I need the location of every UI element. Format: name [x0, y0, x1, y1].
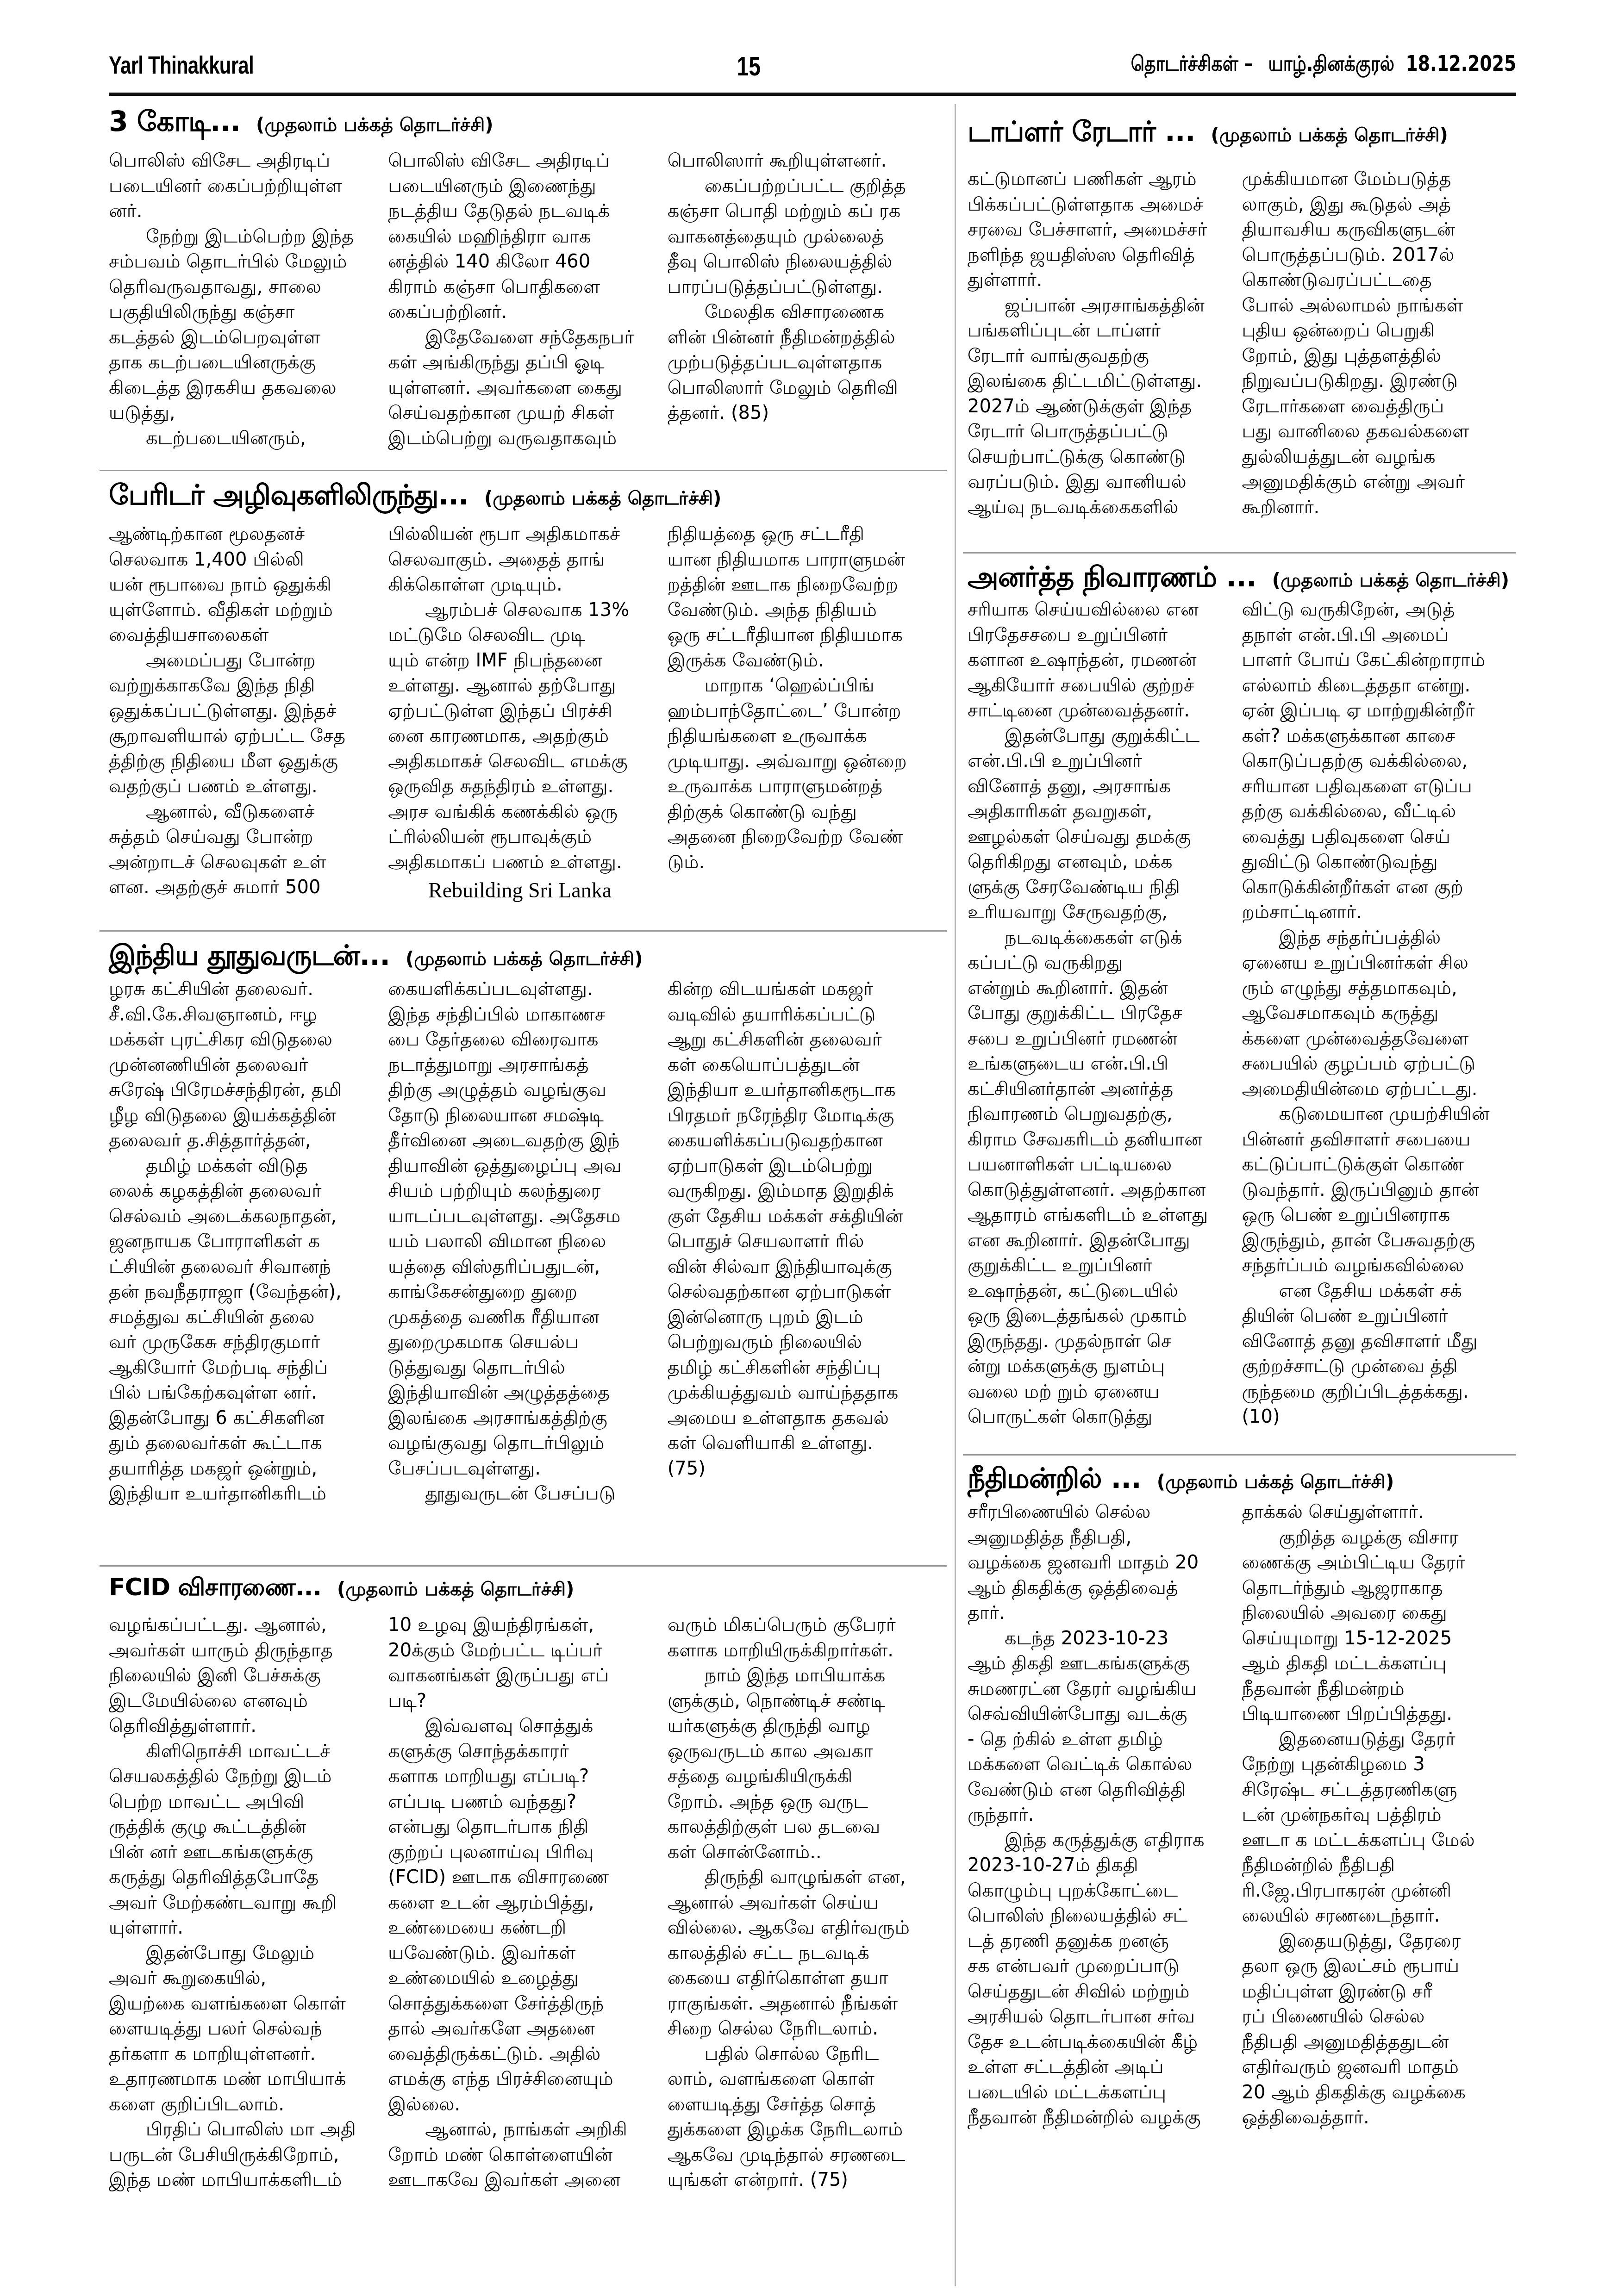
text-line: உண்மையை கண்டறி	[388, 1915, 667, 1941]
text-line: படையில் மட்டக்களப்பு	[968, 2080, 1242, 2105]
section-label: தொடர்ச்சிகள் –	[1131, 51, 1253, 76]
text-line: றோம், இது புத்தளத்தில்	[1242, 343, 1517, 369]
text-line: பாரப்படுத்தப்பட்டுள்ளது.	[668, 274, 947, 300]
text-line: கொண்டுவரப்பட்டதை	[1242, 268, 1517, 293]
text-line: பது வானிலை தகவல்களை	[1242, 419, 1517, 444]
text-line: தற்கு வக்கில்லை, வீட்டில்	[1242, 799, 1517, 824]
text-line: வழக்கை ஜனவரி மாதம் 20	[968, 1550, 1242, 1575]
text-line: கையில் மஹிந்திரா வாக	[388, 224, 667, 249]
text-line: ஹம்பாந்தோட்டை’ போன்ற	[668, 698, 947, 724]
text-column: வரும் மிகப்பெரும் குபேரர்களாக மாறியிருக்…	[668, 1612, 947, 2193]
text-line: நீதவான் நீதிமன்றில் வழக்கு	[968, 2105, 1242, 2130]
text-line: ஏற்பட்டுள்ள இந்தப் பிரச்சி	[388, 698, 667, 724]
text-column: முக்கியமான மேம்படுத்தலாகும், இது கூடுதல்…	[1242, 167, 1517, 520]
article-india-envoy: இந்திய தூதுவருடன்... (முதலாம் பக்கத் தொட…	[109, 940, 947, 1506]
article-3-kodi: 3 கோடி... (முதலாம் பக்கத் தொடர்ச்சி) பொல…	[109, 106, 947, 451]
text-line: லைக் கழகத்தின் தலைவர்	[109, 1178, 388, 1204]
text-line: அன்றாடச் செலவுகள் உள்	[109, 850, 388, 875]
text-line: அதனை நிறைவேற்ற வேண்	[668, 824, 947, 850]
text-line: திருந்தி வாழுங்கள் என,	[668, 1865, 947, 1890]
text-line: சிரேஷ்ட சட்டத்தரணிகளு	[1242, 1777, 1517, 1803]
text-line: இதன்போது மேலும்	[109, 1941, 388, 1966]
text-line: ட்ரில்லியன் ரூபாவுக்கும்	[388, 824, 667, 850]
section-divider	[100, 470, 947, 471]
text-line: அமைதியின்மை ஏற்பட்டது.	[1242, 1076, 1517, 1102]
text-line: வழங்குவது தொடர்பிலும்	[388, 1431, 667, 1456]
text-line: றோம். அந்த ஒரு வருட	[668, 1789, 947, 1815]
text-line: இதன்போது 6 கட்சிகளின	[109, 1406, 388, 1431]
text-column: சரீரபிணையில் செல்லஅனுமதித்த நீதிபதி,வழக்…	[968, 1500, 1242, 2130]
article-body: கட்டுமானப் பணிகள் ஆரம்பிக்கப்பட்டுள்ளதாக…	[968, 167, 1516, 520]
article-body: ழரசு கட்சியின் தலைவர்.சீ.வி.கே.சிவஞானம்,…	[109, 977, 947, 1506]
text-line: சந்தர்ப்பம் வழங்கவில்லை	[1242, 1253, 1517, 1278]
text-line: கொடுப்பதற்கு வக்கில்லை,	[1242, 748, 1517, 774]
text-line: வேண்டும். அந்த நிதியம்	[668, 597, 947, 623]
text-line: துவிட்டு கொண்டுவந்து	[1242, 849, 1517, 875]
text-line: கொடுத்துள்ளனர். அதற்கான	[968, 1177, 1242, 1203]
text-line: ஆகியோர் மேற்படி சந்திப்	[109, 1355, 388, 1381]
text-line: டுவந்தார். இருப்பினும் தான்	[1242, 1177, 1517, 1203]
text-line: நீதிபதி அனுமதித்ததுடன்	[1242, 2029, 1517, 2055]
text-line: திற்குக் கொண்டு வந்து	[668, 799, 947, 825]
text-line: செல்வதற்கான ஏற்பாடுகள்	[668, 1279, 947, 1305]
text-line: யத்தை விஸ்தரிப்பதுடன்,	[388, 1254, 667, 1280]
text-line: சரீரபிணையில் செல்ல	[968, 1500, 1242, 1525]
section-date-label: தொடர்ச்சிகள் – யாழ்.தினக்குரல் 18.12.202…	[1131, 51, 1516, 79]
text-line: பில் பங்கேற்கவுள்ள னர்.	[109, 1380, 388, 1406]
issue-date: 18.12.2025	[1405, 51, 1516, 76]
text-line: ஊடாகவே இவர்கள் அனை	[388, 2167, 667, 2193]
text-line: மாறாக ‘ஹெல்ப்பிங்	[668, 673, 947, 698]
article-title: நீதிமன்றில் ...	[968, 1462, 1141, 1499]
article-title: டாப்ளர் ரேடார் ...	[968, 116, 1195, 152]
text-line: வரும் மிகப்பெரும் குபேரர்	[668, 1612, 947, 1638]
text-line: பேசப்படவுள்ளது.	[388, 1456, 667, 1481]
text-line: நளிந்த ஜயதிஸ்ஸ தெரிவித்	[968, 243, 1242, 268]
text-line: ரப் பிணையில் செல்ல	[1242, 2004, 1517, 2029]
text-line: நிலையில் அவரை கைது	[1242, 1600, 1517, 1626]
text-line: தலைவர் த.சித்தார்த்தன்,	[109, 1128, 388, 1153]
text-line: அவர்கள் யாரும் திருந்தாத	[109, 1638, 388, 1663]
column-divider	[955, 104, 956, 2286]
text-line: இதேவேளை சந்தேகநபர்	[388, 325, 667, 350]
text-line: கைப்பற்றினர்.	[388, 299, 667, 325]
text-line: அவர் கூறுகையில்,	[109, 1966, 388, 1991]
text-line: யடுத்து,	[109, 400, 388, 426]
text-line: கட்சியினர்தான் அனர்த்த	[968, 1076, 1242, 1102]
text-line: இந்தியா உயர்தானிகரூடாக	[668, 1077, 947, 1103]
text-line: பொதுச் செயலாளர் ரில்	[668, 1229, 947, 1254]
text-line: செவ்வியின்போது வடக்கு	[968, 1701, 1242, 1727]
text-line: பொலிஸ் விசேட அதிரடிப்	[109, 148, 388, 174]
text-line: யும் என்ற IMF நிபந்தனை	[388, 648, 667, 673]
article-fcid: FCID விசாரணை... (முதலாம் பக்கத் தொடர்ச்ச…	[109, 1574, 947, 2193]
text-line: 2023-10-27ம் திகதி	[968, 1853, 1242, 1878]
text-line: உஷாந்தன், கட்டுடையில்	[968, 1278, 1242, 1304]
text-line: இந்த கருத்துக்கு எதிராக	[968, 1828, 1242, 1853]
text-line: சரவை பேச்சாளர், அமைச்சர்	[968, 217, 1242, 243]
text-line: களை குறிப்பிடலாம்.	[109, 2092, 388, 2117]
text-line: கடந்த 2023-10-23	[968, 1626, 1242, 1651]
text-line: கடுமையான முயற்சியின்	[1242, 1101, 1517, 1127]
text-line: புதிய ஒன்றைப் பெறுகி	[1242, 318, 1517, 343]
text-line: அரசியல் தொடர்பான சர்வ	[968, 2004, 1242, 2029]
text-line: துறைமுகமாக செயல்ப	[388, 1330, 667, 1355]
text-line: ஆறு கட்சிகளின் தலைவர்	[668, 1027, 947, 1052]
text-line: பிரதமர் நரேந்திர மோடிக்கு	[668, 1103, 947, 1128]
text-line: ஆகவே முடிந்தால் சரணடை	[668, 2142, 947, 2168]
text-line: சம்பவம் தொடர்பில் மேலும்	[109, 249, 388, 274]
section-divider	[963, 1454, 1516, 1456]
section-divider	[100, 930, 947, 932]
text-line: என்றும் கூறினார். இதன்	[968, 976, 1242, 1001]
text-line: (10)	[1242, 1404, 1517, 1430]
text-line: மேலதிக விசாரணைக	[668, 299, 947, 325]
article-court: நீதிமன்றில் ... (முதலாம் பக்கத் தொடர்ச்ச…	[968, 1462, 1516, 2130]
text-line: தோடு நிலையான சமஷ்டி	[388, 1103, 667, 1128]
article-title: அனர்த்த நிவாரணம் ...	[968, 561, 1256, 597]
text-line: - தெ ற்கில் உள்ள தமிழ்	[968, 1727, 1242, 1752]
text-line: கையை எதிர்கொள்ள தயா	[668, 1966, 947, 1991]
text-line: தயாரித்த மகஜர் ஒன்றும்,	[109, 1456, 388, 1481]
text-line: ஆதாரம் எங்களிடம் உள்ளது	[968, 1202, 1242, 1228]
text-line: குற்றப் புலனாய்வு பிரிவு	[388, 1840, 667, 1865]
text-line: தார்.	[968, 1600, 1242, 1626]
text-line: சூறாவளியால் ஏற்பட்ட சேத	[109, 723, 388, 749]
text-line: துள்ளார்.	[968, 268, 1242, 293]
text-line: வினோத் தனு, அரசாங்க	[968, 774, 1242, 799]
text-line: தூதுவருடன் பேசப்படு	[388, 1481, 667, 1506]
text-line: கடத்தல் இடம்பெறவுள்ள	[109, 325, 388, 350]
text-line: வரப்படும். இது வானியல்	[968, 469, 1242, 495]
text-line: இல்லை.	[388, 2092, 667, 2117]
page-number: 15	[737, 51, 761, 82]
continued-label: (முதலாம் பக்கத் தொடர்ச்சி)	[406, 948, 643, 972]
text-line: இயற்கை வளங்களை கொள்	[109, 1991, 388, 2016]
text-line: ரேடார் வாங்குவதற்கு	[968, 343, 1242, 369]
text-line: இலங்கை அரசாங்கத்திற்கு	[388, 1406, 667, 1431]
text-line: தெரிகிறது எனவும், மக்க	[968, 849, 1242, 875]
article-title: பேரிடர் அழிவுகளிலிருந்து...	[109, 479, 468, 515]
text-line: னத்தில் 140 கிலோ 460	[388, 249, 667, 274]
text-line: முகத்தை வணிக ரீதியான	[388, 1305, 667, 1330]
text-line: துக்களை இழக்க நேரிடலாம்	[668, 2117, 947, 2142]
text-line: உள்ளது. ஆனால் தற்போது	[388, 673, 667, 698]
continued-label: (முதலாம் பக்கத் தொடர்ச்சி)	[1157, 1471, 1394, 1495]
text-column: கின்ற விடயங்கள் மகஜர்வடிவில் தயாரிக்கப்ப…	[668, 977, 947, 1506]
text-line: மக்களை வெட்டிக் கொல்ல	[968, 1752, 1242, 1777]
text-line: இவ்வளவு சொத்துக்	[388, 1713, 667, 1739]
text-line: ஊழல்கள் செய்வது தமக்கு	[968, 824, 1242, 850]
text-line: களான உஷாந்தன், ரமணன்	[968, 647, 1242, 673]
text-line: அதிகமாகப் பணம் உள்ளது.	[388, 850, 667, 875]
text-line: களாக மாறியது எப்படி?	[388, 1764, 667, 1789]
text-line: ட்சியின் தலைவர் சிவானந்	[109, 1254, 388, 1280]
text-line: இந்த சந்திப்பில் மாகாணச	[388, 1002, 667, 1027]
text-line: 10 உழவு இயந்திரங்கள்,	[388, 1612, 667, 1638]
text-line: தியாவின் ஒத்துழைப்பு அவ	[388, 1153, 667, 1179]
text-line: ளின் பின்னர் நீதிமன்றத்தில்	[668, 325, 947, 350]
text-line: யவேண்டும். இவர்கள்	[388, 1941, 667, 1966]
text-line: துல்லியத்துடன் வழங்க	[1242, 444, 1517, 470]
text-line: பில்லியன் ரூபா அதிகமாகச்	[388, 522, 667, 547]
text-line: இடமேயில்லை எனவும்	[109, 1688, 388, 1714]
text-line: கட்டுமானப் பணிகள் ஆரம்	[968, 167, 1242, 192]
text-line: கடற்படையினரும்,	[109, 426, 388, 451]
paper-name-tamil: யாழ்.தினக்குரல்	[1268, 51, 1394, 76]
text-line: இதனையடுத்து தேரர்	[1242, 1727, 1517, 1752]
text-line: இருந்தும், தான் பேசுவதற்கு	[1242, 1228, 1517, 1253]
text-line: கைப்பற்றப்பட்ட குறித்த	[668, 174, 947, 199]
text-column: 10 உழவு இயந்திரங்கள்,20க்கும் மேற்பட்ட ட…	[388, 1612, 667, 2193]
text-line: ஆம் திகதி மட்டக்களப்பு	[1242, 1651, 1517, 1676]
text-line: போது குறுக்கிட்ட பிரதேச	[968, 1001, 1242, 1026]
text-line: எப்படி பணம் வந்தது?	[388, 1789, 667, 1815]
text-line: நடவடிக்கைகள் எடுக்	[968, 925, 1242, 951]
text-line: வேண்டும் என தெரிவித்தி	[968, 1777, 1242, 1803]
text-line: ஒத்திவைத்தார்.	[1242, 2105, 1517, 2130]
text-line: நடத்திய தேடுதல் நடவடிக்	[388, 199, 667, 224]
text-column: சரியாக செய்யவில்லை எனபிரதேசசபை உறுப்பினர…	[968, 597, 1242, 1430]
text-line: பிரதேசசபை உறுப்பினர்	[968, 622, 1242, 648]
text-line: அமைய உள்ளதாக தகவல்	[668, 1406, 947, 1431]
text-line: சரியான பதிவுகளை எடுப்ப	[1242, 774, 1517, 799]
text-line: என தேசிய மக்கள் சக்	[1242, 1278, 1517, 1304]
text-line: போல் அல்லாமல் நாங்கள்	[1242, 293, 1517, 318]
text-column: வழங்கப்பட்டது. ஆனால்,அவர்கள் யாரும் திரு…	[109, 1612, 388, 2193]
text-line: ஏன் இப்படி ஏ மாற்றுகின்றீர்	[1242, 698, 1517, 723]
text-line: ரி.ஜே.பிரபாகரன் முன்னி	[1242, 1878, 1517, 1904]
text-line: கிராம சேவகரிடம் தனியான	[968, 1127, 1242, 1152]
text-line: தேச உடன்படிக்கையின் கீழ்	[968, 2029, 1242, 2055]
text-line: பிக்கப்பட்டுள்ளதாக அமைச்	[968, 192, 1242, 218]
text-line: காங்கேசன்துறை துறை	[388, 1279, 667, 1305]
text-line: காலத்தில் சட்ட நடவடிக்	[668, 1941, 947, 1966]
text-line: பொலிஸார் கூறியுள்ளனர்.	[668, 148, 947, 174]
text-line: மட்டுமே செலவிட முடி	[388, 622, 667, 648]
text-line: மதிப்புள்ள இரண்டு சரீ	[1242, 1979, 1517, 2004]
text-line: ஒதுக்கப்பட்டுள்ளது. இந்தச்	[109, 698, 388, 724]
text-column: ழரசு கட்சியின் தலைவர்.சீ.வி.கே.சிவஞானம்,…	[109, 977, 388, 1506]
text-column: பில்லியன் ரூபா அதிகமாகச்செலவாகும். அதைத்…	[388, 522, 667, 900]
text-line: பதில் சொல்ல நேரிட	[668, 2041, 947, 2067]
text-line: செய்ததுடன் சிவில் மற்றும்	[968, 1979, 1242, 2004]
text-line: ஒருவருடம் கால அவகா	[668, 1739, 947, 1764]
text-line: ஆனால் அவர்கள் செய்ய	[668, 1890, 947, 1916]
article-header: FCID விசாரணை... (முதலாம் பக்கத் தொடர்ச்ச…	[109, 1574, 947, 1612]
text-line: யர்களுக்கு திருந்தி வாழ	[668, 1713, 947, 1739]
text-line: தர்களா க மாறியுள்ளனர்.	[109, 2041, 388, 2067]
text-line: மக்கள் புரட்சிகர விடுதலை	[109, 1027, 388, 1052]
masthead: Yarl Thinakkural 15 தொடர்ச்சிகள் – யாழ்.…	[109, 51, 1516, 93]
text-line: குற்றச்சாட்டு முன்வை த்தி	[1242, 1354, 1517, 1379]
text-line: நேற்று புதன்கிழமை 3	[1242, 1752, 1517, 1777]
article-doppler-radar: டாப்ளர் ரேடார் ... (முதலாம் பக்கத் தொடர்…	[968, 116, 1516, 520]
text-line: இன்னொரு புறம் இடம்	[668, 1305, 947, 1330]
text-line: சக என்பவர் முறைப்பாடு	[968, 1954, 1242, 1979]
text-line: ஆரம்பச் செலவாக 13%	[388, 597, 667, 623]
text-line: பாளர் போய் கேட்கின்றாராம்	[1242, 647, 1517, 673]
text-line: த்திற்கு நிதியை மீள ஒதுக்கு	[109, 749, 388, 774]
text-line: இதையடுத்து, தேரரை	[1242, 1929, 1517, 1954]
text-line: பிரதிப் பொலிஸ் மா அதி	[109, 2117, 388, 2142]
text-line: நிதியங்களை உருவாக்க	[668, 723, 947, 749]
text-line: 20 ஆம் திகதிக்கு வழக்கை	[1242, 2080, 1517, 2105]
text-line: (75)	[668, 1456, 947, 1481]
text-line: டும்.	[668, 850, 947, 875]
text-line: சபையில் குழப்பம் ஏற்பட்டு	[1242, 1051, 1517, 1076]
article-body: சரியாக செய்யவில்லை எனபிரதேசசபை உறுப்பினர…	[968, 597, 1516, 1430]
text-line: கொடுக்கின்றீர்கள் என குற்	[1242, 875, 1517, 900]
text-line: ருந்தார்.	[968, 1802, 1242, 1828]
text-line: யாடப்படவுள்ளது. அதேசம	[388, 1204, 667, 1229]
text-line: அதிகமாகச் செலவிட எமக்கு	[388, 749, 667, 774]
text-line: தீவு பொலிஸ் நிலையத்தில்	[668, 249, 947, 274]
text-line: ஆகியோர் சபையில் குற்றச்	[968, 673, 1242, 698]
text-line: 2027ம் ஆண்டுக்குள் இந்த	[968, 394, 1242, 419]
article-body: வழங்கப்பட்டது. ஆனால்,அவர்கள் யாரும் திரு…	[109, 1612, 947, 2193]
text-column: ஆண்டிற்கான மூலதனச்செலவாக 1,400 பில்லியன்…	[109, 522, 388, 900]
text-line: லாகும், இது கூடுதல் அத்	[1242, 192, 1517, 218]
text-line: தும் தலைவர்கள் கூட்டாக	[109, 1431, 388, 1456]
text-line: வர் முருகேசு சந்திரகுமார்	[109, 1330, 388, 1355]
text-line: பொருட்கள் கொடுத்து	[968, 1404, 1242, 1430]
text-line: ன்று மக்களுக்கு நுளம்பு	[968, 1354, 1242, 1379]
text-line: படையினர் கைப்பற்றியுள்ள	[109, 174, 388, 199]
text-column: விட்டு வருகிறேன், அடுத்தநாள் என்.பி.பி அ…	[1242, 597, 1517, 1430]
text-line: ஒருவித சுதந்திரம் உள்ளது.	[388, 774, 667, 799]
text-line: கையளிக்கப்படவுள்ளது.	[388, 977, 667, 1002]
text-line: நேற்று இடம்பெற்ற இந்த	[109, 224, 388, 249]
text-line: படி?	[388, 1688, 667, 1714]
section-divider	[963, 552, 1516, 554]
text-line: உண்மையில் உழைத்து	[388, 1966, 667, 1991]
text-line: என்பது தொடர்பாக நிதி	[388, 1814, 667, 1840]
text-line: யுள்ளனர். அவர்களை கைது	[388, 375, 667, 401]
text-line: லையில் சரணடைந்தார்.	[1242, 1903, 1517, 1929]
text-line: இந்தியா உயர்தானிகரிடம்	[109, 1481, 388, 1506]
article-header: அனர்த்த நிவாரணம் ... (முதலாம் பக்கத் தொட…	[968, 561, 1516, 597]
article-header: இந்திய தூதுவருடன்... (முதலாம் பக்கத் தொட…	[109, 940, 947, 977]
text-line: உங்களுடைய என்.பி.பி	[968, 1051, 1242, 1076]
text-line: 20க்கும் மேற்பட்ட டிப்பர்	[388, 1638, 667, 1663]
text-line: கையளிக்கப்படுவதற்கான	[668, 1128, 947, 1153]
text-line: வதற்குப் பணம் உள்ளது.	[109, 774, 388, 799]
text-line: கள் அங்கிருந்து தப்பி ஓடி	[388, 350, 667, 375]
text-line: தநாள் என்.பி.பி அமைப்	[1242, 622, 1517, 648]
text-line: ஆய்வு நடவடிக்கைகளில்	[968, 495, 1242, 520]
text-line: வின் சில்வா இந்தியாவுக்கு	[668, 1254, 947, 1280]
text-line: பை தேர்தலை விரைவாக	[388, 1027, 667, 1052]
text-column: தாக்கல் செய்துள்ளார்.குறித்த வழக்கு விசா…	[1242, 1500, 1517, 2130]
text-line: றத்தின் ஊடாக நிறைவேற்ற	[668, 572, 947, 597]
text-line: பெற்றுவரும் நிலையில்	[668, 1330, 947, 1355]
text-line: ராகுங்கள். அதனால் நீங்கள்	[668, 1991, 947, 2016]
text-line: பொலிஸ் நிலையத்தில் சட்	[968, 1903, 1242, 1929]
text-line: இந்த மண் மாபியாக்களிடம்	[109, 2167, 388, 2193]
text-line: தன் நவநீதராஜா (வேந்தன்),	[109, 1279, 388, 1305]
text-line: யான நிதியமாக பாராளுமன்	[668, 547, 947, 572]
text-line: றோம் மண் கொள்ளையின்	[388, 2142, 667, 2168]
text-column: நிதியத்தை ஒரு சட்டரீதியான நிதியமாக பாராள…	[668, 522, 947, 900]
text-line: ஆம் திகதி ஊடகங்களுக்கு	[968, 1651, 1242, 1676]
text-line: ணைக்கு அம்பிட்டிய தேரர்	[1242, 1550, 1517, 1575]
text-line: முன்னணியின் தலைவர்	[109, 1052, 388, 1078]
text-line: (FCID) ஊடாக விசாரணை	[388, 1865, 667, 1890]
text-column: பொலிஸ் விசேட அதிரடிப்படையினரும் இணைந்துந…	[388, 148, 667, 451]
text-line: சுரேஷ் பிரேமச்சந்திரன், தமி	[109, 1077, 388, 1103]
text-line: கள் கையொப்பத்துடன்	[668, 1052, 947, 1078]
text-line: சுமணரட்ன தேரர் வழங்கிய	[968, 1676, 1242, 1702]
text-line: உருவாக்க பாராளுமன்றத்	[668, 774, 947, 799]
text-line: அரச வங்கிக் கணக்கில் ஒரு	[388, 799, 667, 825]
text-line: திற்கு அழுத்தம் வழங்குவ	[388, 1077, 667, 1103]
text-line: வாகனத்தையும் முல்லைத்	[668, 224, 947, 249]
text-line: கொழும்பு புறக்கோட்டை	[968, 1878, 1242, 1904]
text-line: ளுக்கும், நொண்டிச் சண்டி	[668, 1688, 947, 1714]
text-line: சியம் பற்றியும் கலந்துரை	[388, 1178, 667, 1204]
text-line: பயனாளிகள் பட்டியலை	[968, 1152, 1242, 1177]
text-line: நிலையில் இனி பேச்சுக்கு	[109, 1663, 388, 1688]
text-line: அவர் மேற்கண்டவாறு கூறி	[109, 1890, 388, 1916]
text-line: தலா ஒரு இலட்சம் ரூபாய்	[1242, 1954, 1517, 1979]
text-line: ஆண்டிற்கான மூலதனச்	[109, 522, 388, 547]
text-line: வைத்திருக்கட்டும். அதில்	[388, 2041, 667, 2067]
text-line: என கூறினார். இதன்போது	[968, 1228, 1242, 1253]
text-line: இலங்கை திட்டமிட்டுள்ளது.	[968, 368, 1242, 394]
image-caption: Rebuilding Sri Lanka	[428, 878, 612, 902]
article-body: பொலிஸ் விசேட அதிரடிப்படையினர் கைப்பற்றிய…	[109, 148, 947, 451]
paper-name: Yarl Thinakkural	[109, 51, 254, 80]
text-line: ருத்திக் குழு கூட்டத்தின்	[109, 1814, 388, 1840]
text-line: றம்சாட்டினார்.	[1242, 900, 1517, 925]
text-line: சீ.வி.கே.சிவஞானம், ஈழ	[109, 1002, 388, 1027]
article-header: பேரிடர் அழிவுகளிலிருந்து... (முதலாம் பக்…	[109, 479, 947, 522]
text-line: ஜப்பான் அரசாங்கத்தின்	[968, 293, 1242, 318]
text-line: களாக மாறியிருக்கிறார்கள்.	[668, 1638, 947, 1663]
text-line: அனுமதித்த நீதிபதி,	[968, 1525, 1242, 1550]
text-line: னை காரணமாக, அதற்கும்	[388, 723, 667, 749]
text-line: நீதவான் நீதிமன்றம்	[1242, 1676, 1517, 1702]
text-line: ஏற்பாடுகள் இடம்பெற்று	[668, 1153, 947, 1179]
text-line: எமக்கு எந்த பிரச்சினையும்	[388, 2066, 667, 2092]
text-line: சாட்டினை முன்வைத்தனர்.	[968, 698, 1242, 723]
article-body: சரீரபிணையில் செல்லஅனுமதித்த நீதிபதி,வழக்…	[968, 1500, 1516, 2130]
text-line: டன் முன்நகர்வு பத்திரம்	[1242, 1802, 1517, 1828]
text-line: களை உடன் ஆரம்பித்து,	[388, 1890, 667, 1916]
text-line: பகுதியிலிருந்து கஞ்சா	[109, 299, 388, 325]
text-line: சபை உறுப்பினர் ரமணன்	[968, 1026, 1242, 1052]
text-line: யுள்ளார்.	[109, 1915, 388, 1941]
text-column: கையளிக்கப்படவுள்ளது.இந்த சந்திப்பில் மாக…	[388, 977, 667, 1506]
text-line: ளையடித்து பலர் செல்வந்	[109, 2016, 388, 2041]
text-line: இருந்தது. முதல்நாள் செ	[968, 1329, 1242, 1354]
text-line: படையினரும் இணைந்து	[388, 174, 667, 199]
text-line: செல்வம் அடைக்கலநாதன்,	[109, 1204, 388, 1229]
text-line: பிடியாணை பிறப்பித்தது.	[1242, 1701, 1517, 1727]
text-line: பொருத்தப்படும். 2017ல்	[1242, 243, 1517, 268]
text-line: கின்ற விடயங்கள் மகஜர்	[668, 977, 947, 1002]
text-line: கஞ்சா பொதி மற்றும் கப் ரக	[668, 199, 947, 224]
text-line: த்தனர். (85)	[668, 400, 947, 426]
text-line: கள் வெளியாகி உள்ளது.	[668, 1431, 947, 1456]
text-line: சுத்தம் செய்வது போன்ற	[109, 824, 388, 850]
continued-label: (முதலாம் பக்கத் தொடர்ச்சி)	[337, 1579, 574, 1602]
text-line: யம் பலாலி விமான நிலை	[388, 1229, 667, 1254]
text-line: தெரிவித்துள்ளார்.	[109, 1713, 388, 1739]
text-line: தொடர்ந்தும் ஆஜராகாத	[1242, 1575, 1517, 1601]
article-title: FCID விசாரணை...	[109, 1574, 321, 1605]
